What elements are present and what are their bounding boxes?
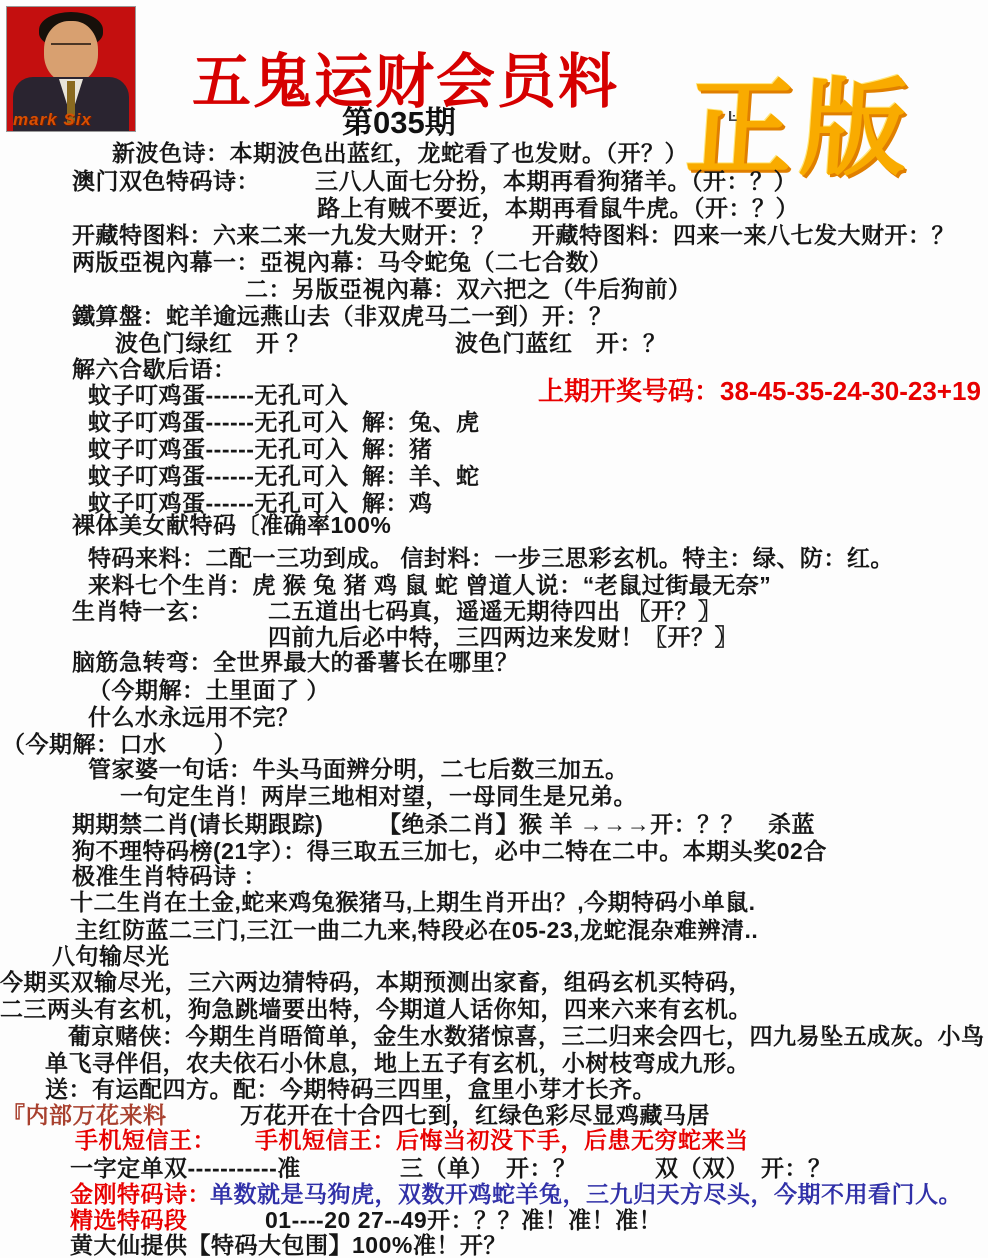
iron-abacus: 鐵算盤：蛇羊逾远燕山去（非双虎马二一到）开：？ [72, 303, 613, 329]
pujing-gambler-line1: 葡京赌侠：今期生肖晤简单，金生水数猪惊喜，三二归来会四七，四九易坠五成灰。小鸟 [68, 1023, 985, 1049]
macau-poem-label: 澳门双色特码诗： [72, 168, 260, 194]
mark-six-caption: mark Six [13, 110, 92, 130]
riddle-row: 蚊子叮鸡蛋------无孔可入 [88, 382, 348, 408]
selected-range-label: 精选特码段 [70, 1207, 188, 1233]
seven-zodiac-tip: 来料七个生肖：虎 猴 兔 猪 鸡 鼠 蛇 曾道人说：“老鼠过街最无奈” [88, 572, 771, 598]
pujing-gambler-line2: 单飞寻伴侣，农夫依石小休息，地上五子有玄机，小树枝弯成九形。 [45, 1050, 750, 1076]
macau-poem-line1: 三八人面七分扮，本期再看狗猪羊。（开：？） [315, 168, 797, 194]
gift-pairing-line: 送：有运配四方。配：今期特码三四里，盒里小芽才长齐。 [45, 1076, 656, 1102]
diamond-poem-text: 单数就是马狗虎，双数开鸡蛇羊兔，三九归天方尽头，今期不用看门人。 [210, 1181, 962, 1207]
odd-pick: 三（单） 开：？ [400, 1155, 577, 1181]
kill-two-zodiac: 【绝杀二肖】猴 羊 →→→开：？？ [378, 811, 744, 837]
banned-zodiac-label: 期期禁二肖(请长期跟踪) [72, 811, 323, 837]
one-phrase-zodiac: 一句定生肖！两岸三地相对望，一母同生是兄弟。 [120, 783, 637, 809]
sms-king-text: 手机短信王：后悔当初没下手，后患无穷蛇来当 [255, 1127, 749, 1153]
internal-flower-text: 万花开在十合四七到，红绿色彩尽显鸡藏马居 [240, 1102, 710, 1128]
sms-king-label: 手机短信王： [75, 1127, 216, 1153]
prev-draw-result: 上期开奖号码：38-45-35-24-30-23+19 [538, 378, 981, 404]
zodiac-poem-line1: 十二生肖在土金,蛇来鸡兔猴猪马,上期生肖开出？,今期特码小单鼠. [70, 889, 756, 915]
accuracy-claim: 裸体美女献特码〔准确率100% [72, 512, 391, 538]
photo-glasses-shape [51, 43, 91, 54]
wave-color-poem: 新波色诗：本期波色出蓝红，龙蛇看了也发财。（开？） [112, 140, 688, 166]
zodiac-poem-line2: 主红防蓝二三门,三江一曲二九来,特段必在05-23,龙蛇混杂难辨清.. [75, 917, 758, 943]
atv-insider-1: 两版亞視內幕一：亞視內幕：马令蛇兔（二七合数） [72, 249, 613, 275]
riddle-row: 蚊子叮鸡蛋------无孔可入 [88, 436, 348, 462]
color-gate-blue-red: 波色门蓝红 开：？ [455, 330, 667, 356]
macau-poem-line2: 路上有贼不要近，本期再看鼠牛虎。（开：？） [317, 195, 799, 221]
odd-even-label: 一字定单双-----------准 [70, 1155, 301, 1181]
chart-tip-right: 开藏特图料：四来一来八七发大财开：？ [532, 222, 955, 248]
kill-blue-note: 杀蓝 [768, 811, 815, 837]
teaser-answer-1: （今期解：土里面了 ） [88, 677, 330, 703]
riddle-answer: 解：兔、虎 [362, 409, 480, 435]
riddle-answer: 解：羊、蛇 [362, 463, 480, 489]
eight-verse-line2: 二三两头有玄机，狗急跳墙要出特，今期道人话你知，四来六来有玄机。 [0, 996, 752, 1022]
even-pick: 双（双） 开：？ [655, 1155, 832, 1181]
internal-flower-label: 『内部万花来料 [2, 1102, 167, 1128]
founder-photo: mark Six [6, 6, 136, 132]
atv-insider-2: 二：另版亞視內幕：双六把之（牛后狗前） [245, 276, 692, 302]
huang-daxian-line: 黄大仙提供【特码大包围】100%准！开？ [70, 1232, 507, 1258]
color-gate-green-red: 波色门绿红 开 ？ [115, 330, 310, 356]
lottery-tip-sheet: mark Six 五鬼运财会员料 第035期 正版 Ŀ 新波色诗：本期波色出蓝红… [0, 0, 988, 1258]
diamond-poem-label: 金刚特码诗： [70, 1181, 211, 1207]
zodiac-poem-label: 极准生肖特码诗 ： [72, 863, 267, 889]
special-code-source: 特码来料：二配一三功到成。 信封料：一步三思彩玄机。特主：绿、防：红。 [88, 545, 894, 571]
housekeeper-line: 管家婆一句话：牛头马面辨分明，二七后数三加五。 [88, 756, 629, 782]
riddle-section-label: 解六合歇后语： [72, 356, 237, 382]
eight-verse-label: 八句输尽光 [52, 943, 170, 969]
scan-artifact: Ŀ [728, 108, 737, 125]
issue-number: 第035期 [342, 97, 456, 142]
zodiac-mystery-line2: 四前九后必中特，三四两边来发财！〖开？〗 [268, 624, 738, 650]
teaser-answer-2: （今期解：口水 ） [2, 731, 237, 757]
selected-range-values: 01----20 27--49开：？？准！准！准！ [265, 1207, 662, 1233]
zodiac-mystery-line1: 二五道出七码真，遥遥无期待四出 〖开？〗 [268, 598, 721, 624]
chart-tip-left: 开藏特图料：六来二来一九发大财开：？ [72, 222, 495, 248]
riddle-row: 蚊子叮鸡蛋------无孔可入 [88, 463, 348, 489]
zodiac-mystery-label: 生肖特一玄： [72, 598, 213, 624]
teaser-question-2: 什么水永远用不完？ [88, 704, 300, 730]
goubuli-ranking: 狗不理特码榜(21字）：得三取五三加七，必中二特在二中。本期头奖02合 [72, 838, 827, 864]
brain-teaser: 脑筋急转弯：全世界最大的番薯长在哪里？ [72, 649, 519, 675]
riddle-answer: 解：猪 [362, 436, 433, 462]
riddle-row: 蚊子叮鸡蛋------无孔可入 [88, 409, 348, 435]
eight-verse-line1: 今期买双输尽光，三六两边猜特码，本期预测出家畜，组码玄机买特码， [0, 969, 752, 995]
